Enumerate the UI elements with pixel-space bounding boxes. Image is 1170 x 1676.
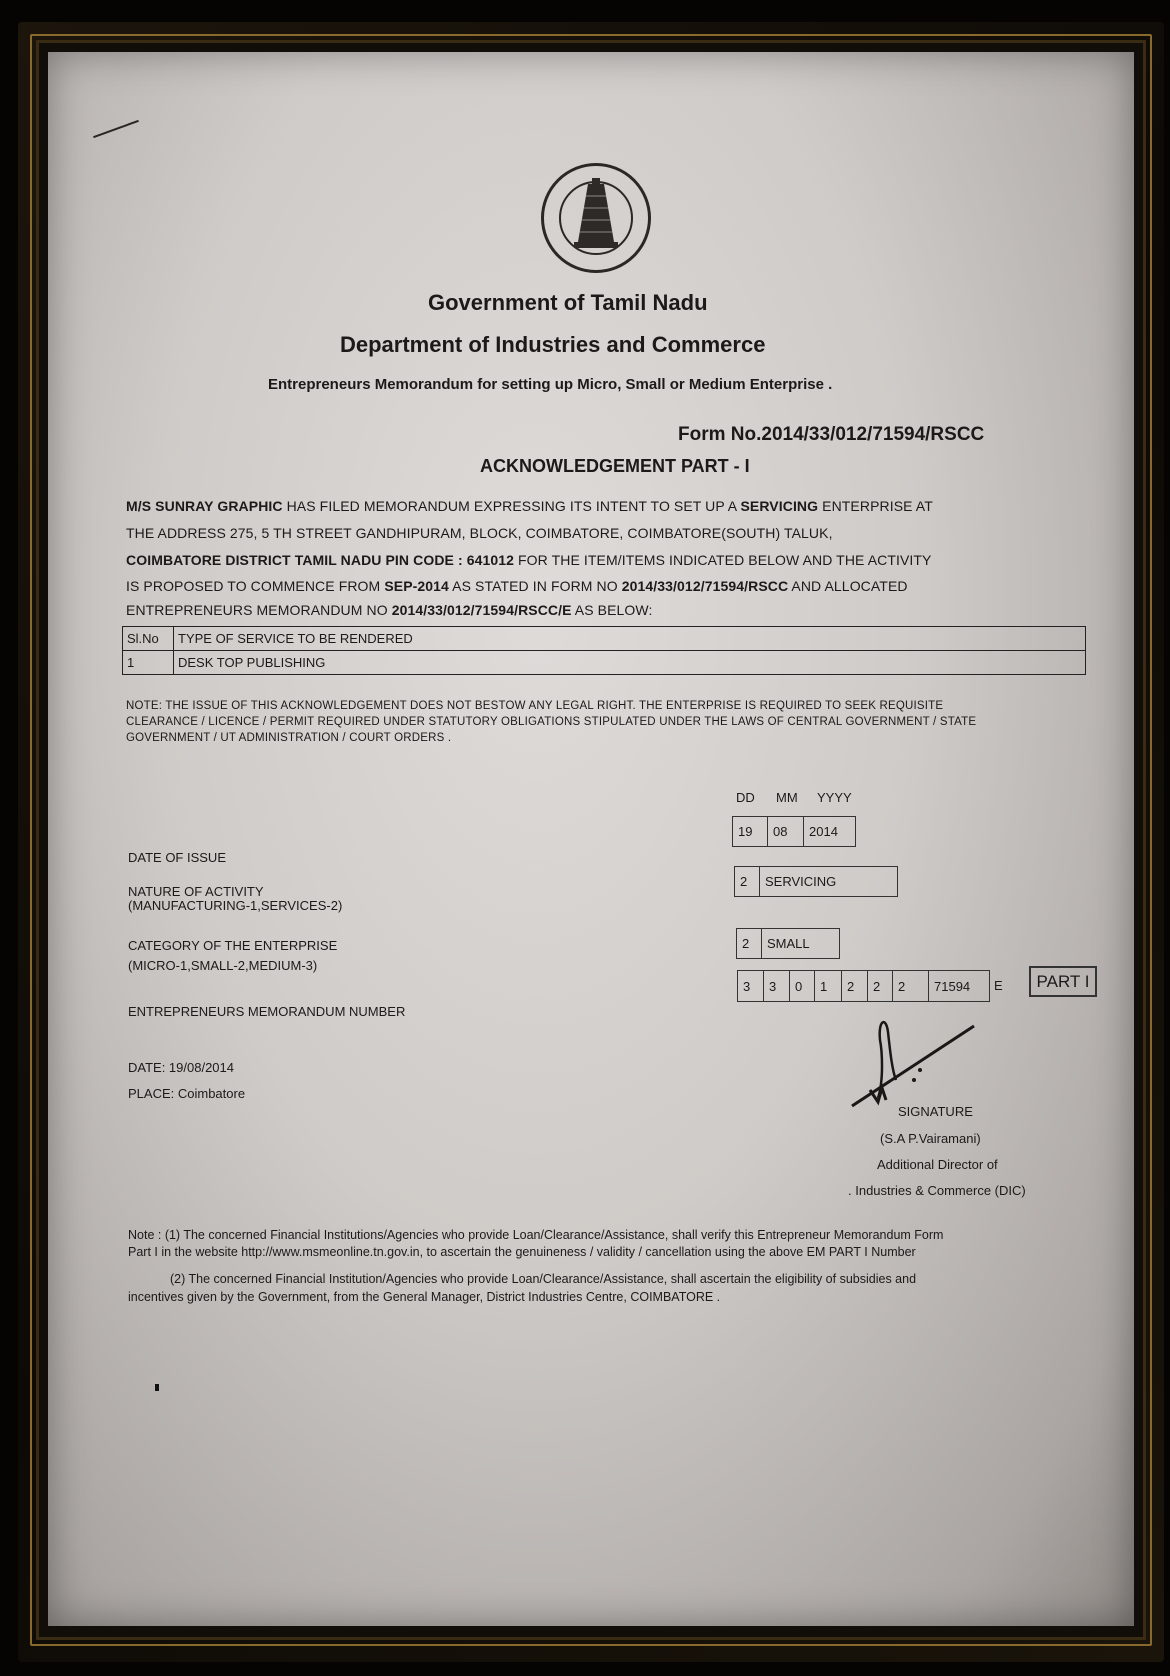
issue-place: PLACE: Coimbatore [128,1086,245,1101]
body-text: AND ALLOCATED [788,578,907,594]
body-line-3: COIMBATORE DISTRICT TAMIL NADU PIN CODE … [126,552,932,568]
em-digit: 3 [764,971,790,1001]
em-digit: 3 [738,971,764,1001]
body-text: ENTREPRENEURS MEMORANDUM NO [126,602,392,618]
em-digit: 0 [790,971,815,1001]
category-value: SMALL [762,929,839,958]
tamil-nadu-emblem-icon [541,163,651,273]
em-digit: 2 [893,971,929,1001]
body-text: ENTERPRISE AT [818,498,933,514]
date-header-dd: DD [736,790,755,805]
category-box: 2 SMALL [736,928,840,959]
footnote-2-line-2: incentives given by the Government, from… [128,1290,720,1304]
footnote-1-line-1: Note : (1) The concerned Financial Insti… [128,1228,943,1242]
date-mm: 08 [768,817,804,846]
em-number-box: 3 3 0 1 2 2 2 71594 [737,970,990,1002]
category-code: 2 [737,929,762,958]
district-pincode: COIMBATORE DISTRICT TAMIL NADU PIN CODE … [126,552,514,568]
part-badge: PART I [1029,966,1097,997]
activity-type: SERVICING [740,498,818,514]
em-digit: 2 [868,971,893,1001]
em-digit: 2 [842,971,868,1001]
signatory-name: (S.A P.Vairamani) [880,1131,981,1146]
em-number-label: ENTREPRENEURS MEMORANDUM NUMBER [128,1004,405,1019]
body-line-5: ENTREPRENEURS MEMORANDUM NO 2014/33/012/… [126,602,652,618]
form-number: Form No.2014/33/012/71594/RSCC [678,424,984,446]
form-no-inline: 2014/33/012/71594/RSCC [622,578,788,594]
activity-code: 2 [735,867,760,896]
legal-note-line-2: CLEARANCE / LICENCE / PERMIT REQUIRED UN… [126,716,976,728]
body-line-2: THE ADDRESS 275, 5 TH STREET GANDHIPURAM… [126,525,833,541]
date-dd: 19 [733,817,768,846]
enterprise-name: M/S SUNRAY GRAPHIC [126,498,283,514]
commence-date: SEP-2014 [384,578,449,594]
table-row: 1 DESK TOP PUBLISHING [123,651,1086,675]
acknowledgement-title: ACKNOWLEDGEMENT PART - I [480,456,750,477]
legal-note-line-3: GOVERNMENT / UT ADMINISTRATION / COURT O… [126,732,451,744]
ink-speck [155,1384,159,1391]
memorandum-subtitle: Entrepreneurs Memorandum for setting up … [268,376,832,393]
em-number-inline: 2014/33/012/71594/RSCC/E [392,602,572,618]
certificate-paper [48,52,1134,1626]
table-cell-slno: 1 [123,651,174,675]
em-suffix: E [994,978,1003,993]
government-title: Government of Tamil Nadu [428,290,708,316]
body-text: FOR THE ITEM/ITEMS INDICATED BELOW AND T… [514,552,931,568]
date-of-issue-box: 19 08 2014 [732,816,856,847]
date-of-issue-label: DATE OF ISSUE [128,850,226,865]
activity-value: SERVICING [760,867,897,896]
services-table: Sl.No TYPE OF SERVICE TO BE RENDERED 1 D… [122,626,1086,675]
nature-of-activity-hint: (MANUFACTURING-1,SERVICES-2) [128,898,342,913]
issue-date: DATE: 19/08/2014 [128,1060,234,1075]
body-text: AS BELOW: [572,602,653,618]
body-text: AS STATED IN FORM NO [449,578,622,594]
footnote-2-line-1: (2) The concerned Financial Institution/… [170,1272,916,1286]
date-header-yyyy: YYYY [817,790,852,805]
nature-of-activity-box: 2 SERVICING [734,866,898,897]
footnote-1-line-2: Part I in the website http://www.msmeonl… [128,1245,916,1259]
body-text: HAS FILED MEMORANDUM EXPRESSING ITS INTE… [283,498,741,514]
category-label: CATEGORY OF THE ENTERPRISE [128,938,337,953]
table-header-service: TYPE OF SERVICE TO BE RENDERED [174,627,1086,651]
date-yyyy: 2014 [804,817,854,846]
signature-scribble-icon [840,1010,980,1110]
table-header-slno: Sl.No [123,627,174,651]
signatory-designation-2: . Industries & Commerce (DIC) [848,1183,1026,1198]
em-serial: 71594 [929,971,989,1001]
body-text: IS PROPOSED TO COMMENCE FROM [126,578,384,594]
department-title: Department of Industries and Commerce [340,332,765,358]
nature-of-activity-label: NATURE OF ACTIVITY [128,884,264,899]
signature-label: SIGNATURE [898,1104,973,1119]
em-digit: 1 [815,971,842,1001]
category-hint: (MICRO-1,SMALL-2,MEDIUM-3) [128,958,317,973]
table-header-row: Sl.No TYPE OF SERVICE TO BE RENDERED [123,627,1086,651]
body-line-1: M/S SUNRAY GRAPHIC HAS FILED MEMORANDUM … [126,498,933,514]
signatory-designation-1: Additional Director of [877,1157,998,1172]
temple-gopuram-icon [548,170,644,266]
legal-note-line-1: NOTE: THE ISSUE OF THIS ACKNOWLEDGEMENT … [126,700,943,712]
table-cell-service: DESK TOP PUBLISHING [174,651,1086,675]
date-header-mm: MM [776,790,798,805]
body-line-4: IS PROPOSED TO COMMENCE FROM SEP-2014 AS… [126,578,908,594]
